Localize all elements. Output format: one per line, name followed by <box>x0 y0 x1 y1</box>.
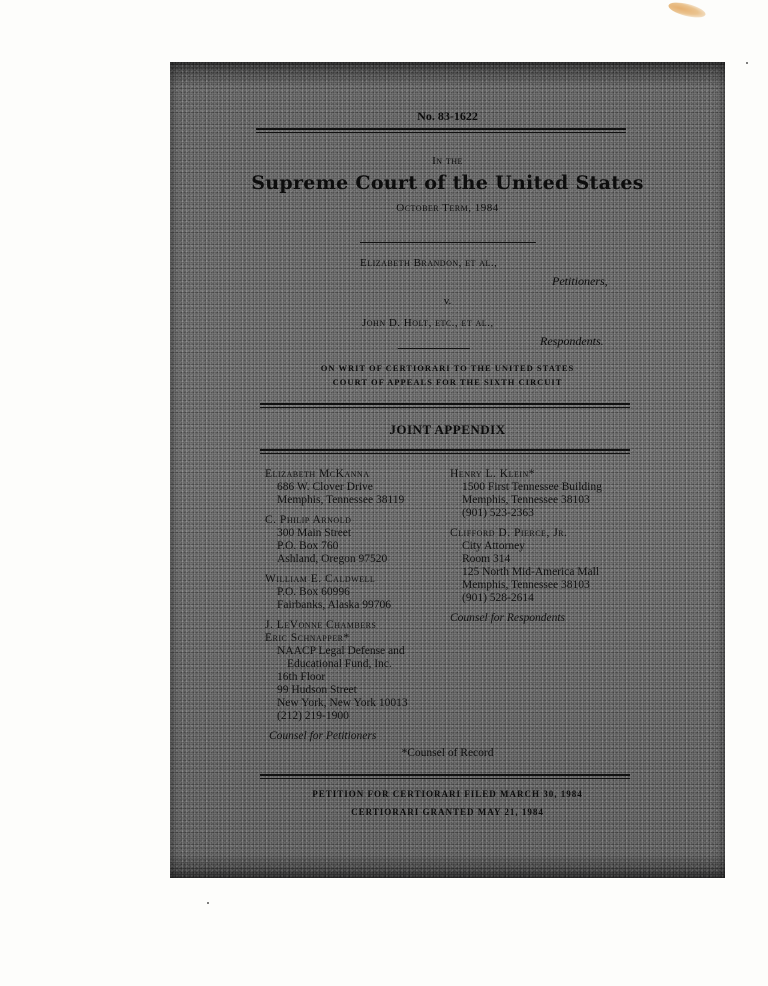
document-page: No. 83-1622 In the Supreme Court of the … <box>170 62 725 878</box>
address-line: 1500 First Tennessee Building <box>450 481 680 494</box>
address-line: P.O. Box 760 <box>265 540 455 553</box>
attorney-name: Henry L. Klein* <box>450 468 680 481</box>
address-line: Fairbanks, Alaska 99706 <box>265 599 455 612</box>
address-line: P.O. Box 60996 <box>265 586 455 599</box>
title-rule-bottom-thin <box>260 453 630 454</box>
paper-speck <box>207 902 209 904</box>
petitioner-name: Elizabeth Brandon, et al., <box>360 257 497 269</box>
address-line: 686 W. Clover Drive <box>265 481 455 494</box>
address-line: NAACP Legal Defense and <box>265 645 455 658</box>
counsel-block: William E. Caldwell P.O. Box 60996 Fairb… <box>265 573 455 612</box>
address-line: 16th Floor <box>265 671 455 684</box>
section-rule <box>398 348 470 349</box>
address-line: City Attorney <box>450 540 680 553</box>
attorney-name: Elizabeth McKanna <box>265 468 455 481</box>
address-line: 125 North Mid-America Mall <box>450 566 680 579</box>
address-line: Memphis, Tennessee 38103 <box>450 494 680 507</box>
dates-rule <box>260 774 630 776</box>
address-line: Memphis, Tennessee 38119 <box>265 494 455 507</box>
address-line: Educational Fund, Inc. <box>265 658 455 671</box>
court-name: Supreme Court of the United States <box>170 172 725 194</box>
address-line: New York, New York 10013 <box>265 697 455 710</box>
writ-line-1: On Writ of Certiorari to the United Stat… <box>170 363 725 373</box>
top-rule-thin <box>256 132 626 133</box>
counsel-of-record-note: *Counsel of Record <box>170 747 725 759</box>
document-title: JOINT APPENDIX <box>170 422 725 438</box>
counsel-block: Elizabeth McKanna 686 W. Clover Drive Me… <box>265 468 455 507</box>
address-line: 99 Hudson Street <box>265 684 455 697</box>
counsel-label: Counsel for Petitioners <box>265 730 455 743</box>
address-line: (901) 523-2363 <box>450 507 680 520</box>
versus: v. <box>170 295 725 307</box>
petition-filed-date: Petition for Certiorari Filed March 30, … <box>170 789 725 799</box>
docket-number: No. 83-1622 <box>170 109 725 124</box>
counsel-block: C. Philip Arnold 300 Main Street P.O. Bo… <box>265 514 455 566</box>
counsel-block: Clifford D. Pierce, Jr. City Attorney Ro… <box>450 527 680 605</box>
attorney-name: Eric Schnapper* <box>265 632 455 645</box>
dates-rule-thin <box>260 778 630 779</box>
respondent-name: John D. Holt, etc., et al., <box>362 317 494 329</box>
counsel-block: Henry L. Klein* 1500 First Tennessee Bui… <box>450 468 680 520</box>
counsel-respondents: Henry L. Klein* 1500 First Tennessee Bui… <box>450 468 680 625</box>
title-rule-top <box>260 403 630 405</box>
address-line: (901) 528-2614 <box>450 592 680 605</box>
petitioner-role: Petitioners, <box>552 274 608 289</box>
paper-speck <box>746 62 748 64</box>
attorney-name: J. LeVonne Chambers <box>265 619 455 632</box>
attorney-name: C. Philip Arnold <box>265 514 455 527</box>
address-line: Memphis, Tennessee 38103 <box>450 579 680 592</box>
counsel-petitioners: Elizabeth McKanna 686 W. Clover Drive Me… <box>265 468 455 743</box>
court-term: October Term, 1984 <box>170 202 725 214</box>
address-line: Room 314 <box>450 553 680 566</box>
title-rule-bottom <box>260 449 630 451</box>
attorney-name: Clifford D. Pierce, Jr. <box>450 527 680 540</box>
section-rule <box>360 242 536 243</box>
writ-line-2: Court of Appeals for the Sixth Circuit <box>170 377 725 387</box>
address-line: (212) 219-1900 <box>265 710 455 723</box>
respondent-role: Respondents. <box>540 334 604 349</box>
paper-stain <box>667 0 707 20</box>
certiorari-granted-date: Certiorari Granted May 21, 1984 <box>170 807 725 817</box>
counsel-block: J. LeVonne Chambers Eric Schnapper* NAAC… <box>265 619 455 723</box>
attorney-name: William E. Caldwell <box>265 573 455 586</box>
in-the-label: In the <box>170 155 725 167</box>
top-rule <box>256 128 626 130</box>
address-line: 300 Main Street <box>265 527 455 540</box>
counsel-label: Counsel for Respondents <box>450 612 680 625</box>
title-rule-top-thin <box>260 407 630 408</box>
address-line: Ashland, Oregon 97520 <box>265 553 455 566</box>
